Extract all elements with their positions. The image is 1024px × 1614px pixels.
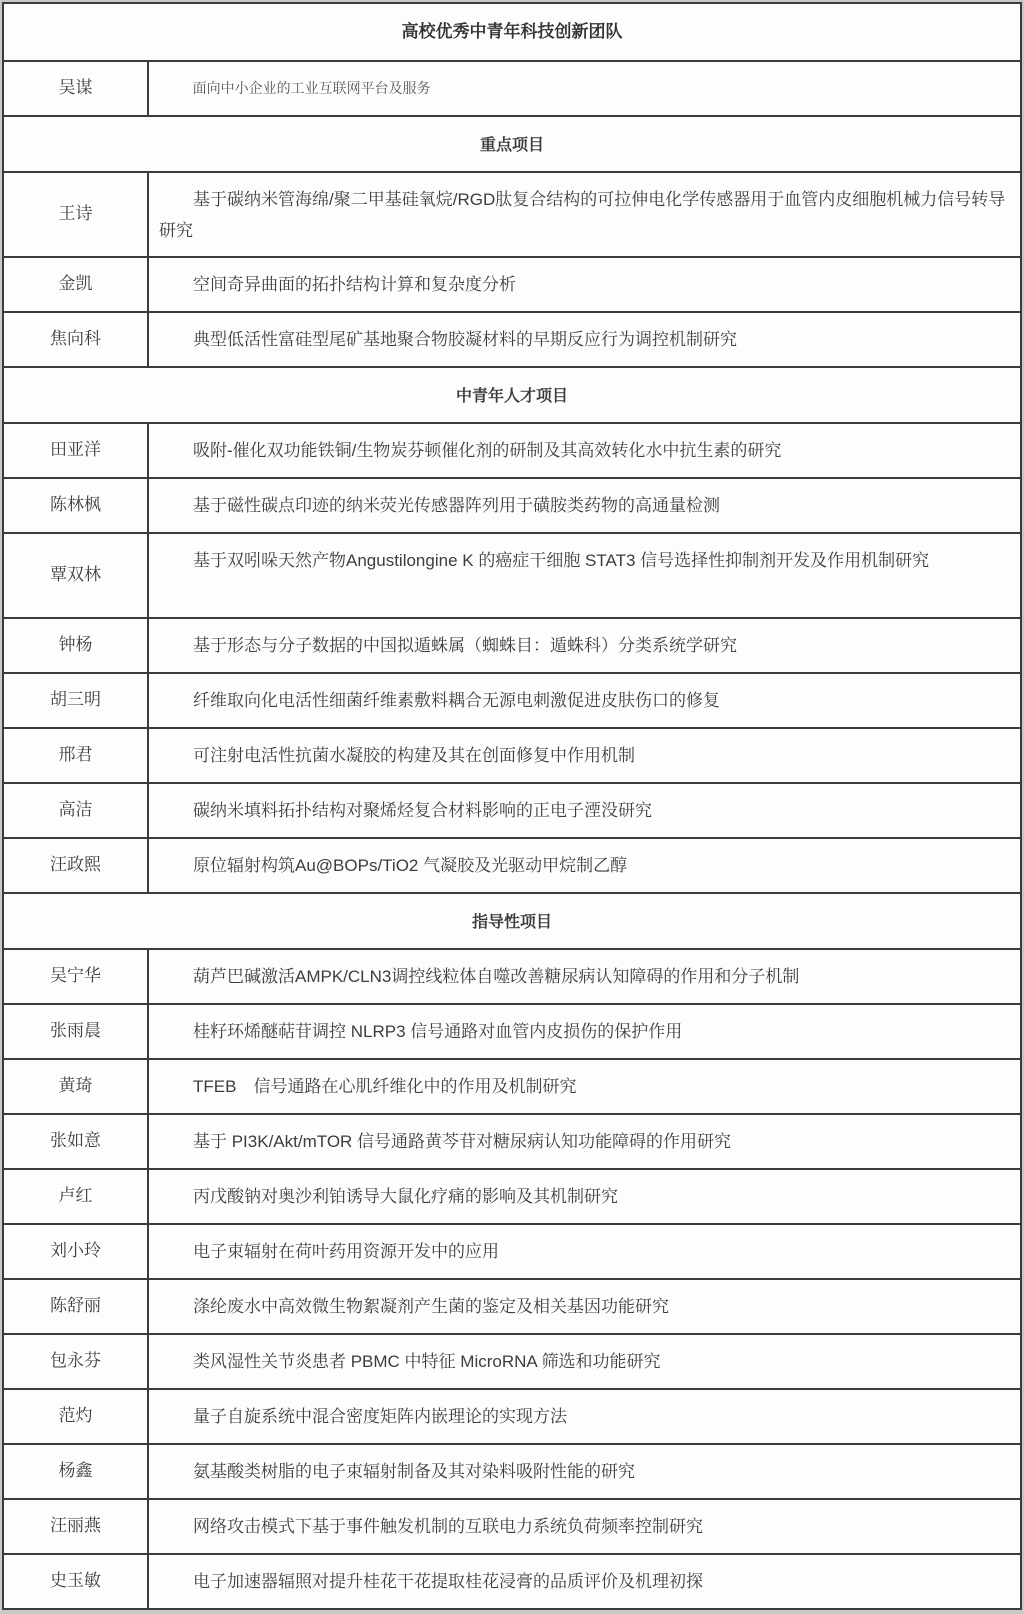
table-row: 焦向科典型低活性富硅型尾矿基地聚合物胶凝材料的早期反应行为调控机制研究 xyxy=(3,312,1021,367)
leader-name: 焦向科 xyxy=(3,312,148,367)
page-background: 高校优秀中青年科技创新团队 吴谋面向中小企业的工业互联网平台及服务重点项目王诗基… xyxy=(0,0,1024,1614)
project-title: 基于磁性碳点印迹的纳米荧光传感器阵列用于磺胺类药物的高通量检测 xyxy=(148,478,1021,533)
projects-table: 高校优秀中青年科技创新团队 吴谋面向中小企业的工业互联网平台及服务重点项目王诗基… xyxy=(2,2,1022,1610)
leader-name: 汪政熙 xyxy=(3,838,148,893)
project-title: 类风湿性关节炎患者 PBMC 中特征 MicroRNA 筛选和功能研究 xyxy=(148,1334,1021,1389)
leader-name: 卢红 xyxy=(3,1169,148,1224)
table-row: 覃双林基于双吲哚天然产物Angustilongine K 的癌症干细胞 STAT… xyxy=(3,533,1021,618)
section-header: 中青年人才项目 xyxy=(3,367,1021,423)
project-title: 典型低活性富硅型尾矿基地聚合物胶凝材料的早期反应行为调控机制研究 xyxy=(148,312,1021,367)
leader-name: 吴宁华 xyxy=(3,949,148,1004)
table-row: 包永芬类风湿性关节炎患者 PBMC 中特征 MicroRNA 筛选和功能研究 xyxy=(3,1334,1021,1389)
table-row: 范灼量子自旋系统中混合密度矩阵内嵌理论的实现方法 xyxy=(3,1389,1021,1444)
table-row: 张如意基于 PI3K/Akt/mTOR 信号通路黄芩苷对糖尿病认知功能障碍的作用… xyxy=(3,1114,1021,1169)
leader-name: 杨鑫 xyxy=(3,1444,148,1499)
section-header: 指导性项目 xyxy=(3,893,1021,949)
leader-name: 刘小玲 xyxy=(3,1224,148,1279)
table-row: 胡三明纤维取向化电活性细菌纤维素敷料耦合无源电刺激促进皮肤伤口的修复 xyxy=(3,673,1021,728)
project-title: 碳纳米填料拓扑结构对聚烯烃复合材料影响的正电子湮没研究 xyxy=(148,783,1021,838)
leader-name: 陈林枫 xyxy=(3,478,148,533)
table-row: 陈舒丽涤纶废水中高效微生物絮凝剂产生菌的鉴定及相关基因功能研究 xyxy=(3,1279,1021,1334)
project-title: 涤纶废水中高效微生物絮凝剂产生菌的鉴定及相关基因功能研究 xyxy=(148,1279,1021,1334)
leader-name: 张雨晨 xyxy=(3,1004,148,1059)
project-title: 桂籽环烯醚萜苷调控 NLRP3 信号通路对血管内皮损伤的保护作用 xyxy=(148,1004,1021,1059)
leader-name: 陈舒丽 xyxy=(3,1279,148,1334)
table-row: 王诗基于碳纳米管海绵/聚二甲基硅氧烷/RGD肽复合结构的可拉伸电化学传感器用于血… xyxy=(3,172,1021,257)
leader-name: 邢君 xyxy=(3,728,148,783)
table-row: 吴宁华葫芦巴碱激活AMPK/CLN3调控线粒体自噬改善糖尿病认知障碍的作用和分子… xyxy=(3,949,1021,1004)
project-title: 空间奇异曲面的拓扑结构计算和复杂度分析 xyxy=(148,257,1021,312)
table-title: 高校优秀中青年科技创新团队 xyxy=(3,3,1021,61)
leader-name: 范灼 xyxy=(3,1389,148,1444)
table-row: 史玉敏电子加速器辐照对提升桂花干花提取桂花浸膏的品质评价及机理初探 xyxy=(3,1554,1021,1609)
project-title: TFEB 信号通路在心肌纤维化中的作用及机制研究 xyxy=(148,1059,1021,1114)
table-row: 刘小玲电子束辐射在荷叶药用资源开发中的应用 xyxy=(3,1224,1021,1279)
section-row: 重点项目 xyxy=(3,116,1021,172)
table-row: 张雨晨桂籽环烯醚萜苷调控 NLRP3 信号通路对血管内皮损伤的保护作用 xyxy=(3,1004,1021,1059)
project-title: 纤维取向化电活性细菌纤维素敷料耦合无源电刺激促进皮肤伤口的修复 xyxy=(148,673,1021,728)
leader-name: 黄琦 xyxy=(3,1059,148,1114)
leader-name: 胡三明 xyxy=(3,673,148,728)
table-title-row: 高校优秀中青年科技创新团队 xyxy=(3,3,1021,61)
table-row: 卢红丙戊酸钠对奥沙利铂诱导大鼠化疗痛的影响及其机制研究 xyxy=(3,1169,1021,1224)
project-title: 丙戊酸钠对奥沙利铂诱导大鼠化疗痛的影响及其机制研究 xyxy=(148,1169,1021,1224)
leader-name: 田亚洋 xyxy=(3,423,148,478)
project-title: 网络攻击模式下基于事件触发机制的互联电力系统负荷频率控制研究 xyxy=(148,1499,1021,1554)
table-row: 高洁碳纳米填料拓扑结构对聚烯烃复合材料影响的正电子湮没研究 xyxy=(3,783,1021,838)
table-row: 邢君可注射电活性抗菌水凝胶的构建及其在创面修复中作用机制 xyxy=(3,728,1021,783)
project-title: 原位辐射构筑Au@BOPs/TiO2 气凝胶及光驱动甲烷制乙醇 xyxy=(148,838,1021,893)
table-row: 汪丽燕网络攻击模式下基于事件触发机制的互联电力系统负荷频率控制研究 xyxy=(3,1499,1021,1554)
project-title: 基于 PI3K/Akt/mTOR 信号通路黄芩苷对糖尿病认知功能障碍的作用研究 xyxy=(148,1114,1021,1169)
section-row: 中青年人才项目 xyxy=(3,367,1021,423)
table-row: 黄琦TFEB 信号通路在心肌纤维化中的作用及机制研究 xyxy=(3,1059,1021,1114)
project-title: 氨基酸类树脂的电子束辐射制备及其对染料吸附性能的研究 xyxy=(148,1444,1021,1499)
leader-name: 汪丽燕 xyxy=(3,1499,148,1554)
leader-name: 史玉敏 xyxy=(3,1554,148,1609)
leader-name: 高洁 xyxy=(3,783,148,838)
section-row: 指导性项目 xyxy=(3,893,1021,949)
section-header: 重点项目 xyxy=(3,116,1021,172)
project-title: 葫芦巴碱激活AMPK/CLN3调控线粒体自噬改善糖尿病认知障碍的作用和分子机制 xyxy=(148,949,1021,1004)
leader-name: 吴谋 xyxy=(3,61,148,116)
table-row: 钟杨基于形态与分子数据的中国拟遁蛛属（蜘蛛目：遁蛛科）分类系统学研究 xyxy=(3,618,1021,673)
project-title: 吸附-催化双功能铁铜/生物炭芬顿催化剂的研制及其高效转化水中抗生素的研究 xyxy=(148,423,1021,478)
project-title: 电子束辐射在荷叶药用资源开发中的应用 xyxy=(148,1224,1021,1279)
table-row: 陈林枫基于磁性碳点印迹的纳米荧光传感器阵列用于磺胺类药物的高通量检测 xyxy=(3,478,1021,533)
project-title: 面向中小企业的工业互联网平台及服务 xyxy=(148,61,1021,116)
project-title: 量子自旋系统中混合密度矩阵内嵌理论的实现方法 xyxy=(148,1389,1021,1444)
project-title: 电子加速器辐照对提升桂花干花提取桂花浸膏的品质评价及机理初探 xyxy=(148,1554,1021,1609)
table-row: 田亚洋吸附-催化双功能铁铜/生物炭芬顿催化剂的研制及其高效转化水中抗生素的研究 xyxy=(3,423,1021,478)
leader-name: 钟杨 xyxy=(3,618,148,673)
leader-name: 覃双林 xyxy=(3,533,148,618)
table-row: 吴谋面向中小企业的工业互联网平台及服务 xyxy=(3,61,1021,116)
project-title: 可注射电活性抗菌水凝胶的构建及其在创面修复中作用机制 xyxy=(148,728,1021,783)
leader-name: 金凯 xyxy=(3,257,148,312)
project-title: 基于双吲哚天然产物Angustilongine K 的癌症干细胞 STAT3 信… xyxy=(148,533,1021,618)
table-row: 杨鑫氨基酸类树脂的电子束辐射制备及其对染料吸附性能的研究 xyxy=(3,1444,1021,1499)
leader-name: 包永芬 xyxy=(3,1334,148,1389)
project-title: 基于形态与分子数据的中国拟遁蛛属（蜘蛛目：遁蛛科）分类系统学研究 xyxy=(148,618,1021,673)
leader-name: 王诗 xyxy=(3,172,148,257)
leader-name: 张如意 xyxy=(3,1114,148,1169)
table-row: 金凯空间奇异曲面的拓扑结构计算和复杂度分析 xyxy=(3,257,1021,312)
project-title: 基于碳纳米管海绵/聚二甲基硅氧烷/RGD肽复合结构的可拉伸电化学传感器用于血管内… xyxy=(148,172,1021,257)
table-row: 汪政熙原位辐射构筑Au@BOPs/TiO2 气凝胶及光驱动甲烷制乙醇 xyxy=(3,838,1021,893)
